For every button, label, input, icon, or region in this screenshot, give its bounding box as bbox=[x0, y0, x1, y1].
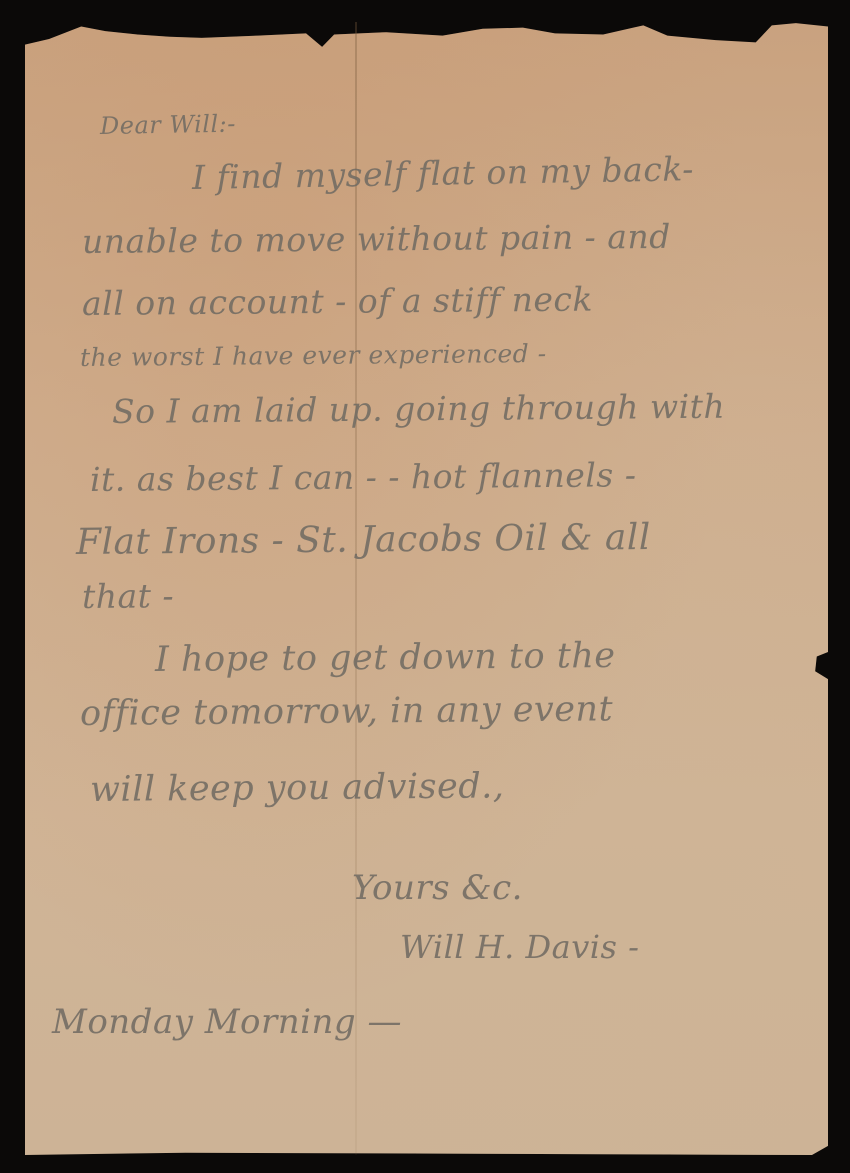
letter-line-8: that - bbox=[82, 576, 174, 616]
closing: Yours &c. bbox=[352, 868, 523, 908]
signature: Will H. Davis - bbox=[400, 928, 639, 966]
letter-line-7: Flat Irons - St. Jacobs Oil & all bbox=[76, 517, 651, 563]
letter-line-4: the worst I have ever experienced - bbox=[80, 339, 547, 372]
letter-line-6: it. as best I can - - hot flannels - bbox=[90, 455, 637, 499]
salutation: Dear Will:- bbox=[100, 110, 236, 140]
letter-line-11: will keep you advised., bbox=[90, 766, 505, 810]
letter-line-10: office tomorrow, in any event bbox=[80, 689, 613, 734]
letter-line-3: all on account - of a stiff neck bbox=[82, 280, 593, 323]
dateline: Monday Morning — bbox=[52, 1002, 402, 1042]
letter-line-5: So I am laid up. going through with bbox=[112, 387, 726, 431]
letter-line-2: unable to move without pain - and bbox=[82, 217, 671, 261]
letter-line-9: I hope to get down to the bbox=[155, 636, 616, 680]
